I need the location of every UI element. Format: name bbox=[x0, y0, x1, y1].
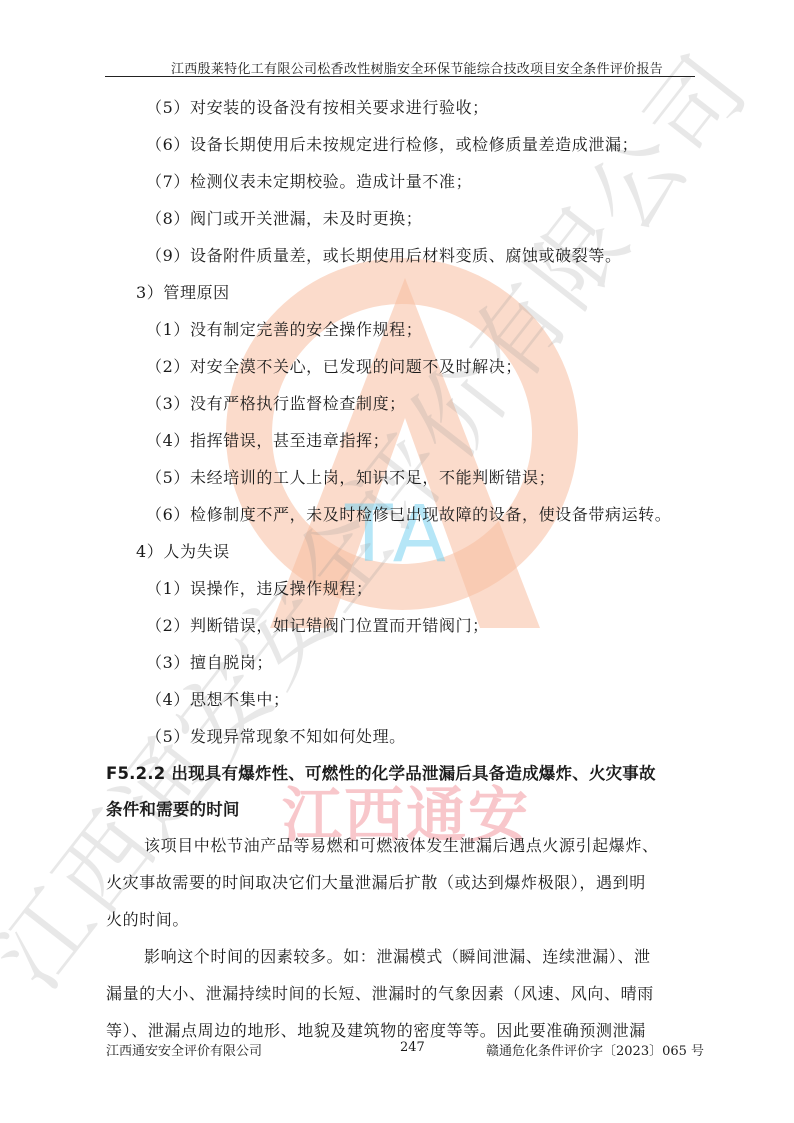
list-item: （6）设备长期使用后未按规定进行检修，或检修质量差造成泄漏； bbox=[146, 135, 638, 155]
list-item: （9）设备附件质量差，或长期使用后材料变质、腐蚀或破裂等。 bbox=[146, 246, 622, 266]
paragraph-line: 影响这个时间的因素较多。如：泄漏模式（瞬间泄漏、连续泄漏）、泄 bbox=[144, 947, 651, 967]
paragraph-line: 该项目中松节油产品等易燃和可燃液体发生泄漏后遇点火源引起爆炸、 bbox=[144, 836, 659, 856]
paragraph-line: 火灾事故需要的时间取决它们大量泄漏后扩散（或达到爆炸极限），遇到明 bbox=[106, 873, 646, 893]
footer-company: 江西通安安全评价有限公司 bbox=[106, 1040, 262, 1059]
header-divider bbox=[105, 76, 695, 77]
paragraph-line: 漏量的大小、泄漏持续时间的长短、泄漏时的气象因素（风速、风向、晴雨 bbox=[106, 984, 654, 1004]
subsection-heading-human-error: 4）人为失误 bbox=[136, 542, 230, 562]
paragraph-line: 火的时间。 bbox=[106, 910, 189, 930]
list-item: （7）检测仪表未定期校验。造成计量不准； bbox=[146, 172, 472, 192]
list-item: （4）指挥错误，甚至违章指挥； bbox=[146, 431, 389, 451]
page-content: 江西殷莱特化工有限公司松香改性树脂安全环保节能综合技改项目安全条件评价报告 （5… bbox=[0, 0, 794, 1123]
page-header-title: 江西殷莱特化工有限公司松香改性树脂安全环保节能综合技改项目安全条件评价报告 bbox=[0, 58, 794, 77]
footer-page-number: 247 bbox=[400, 1040, 425, 1055]
footer-document-number: 赣通危化条件评价字〔2023〕065 号 bbox=[486, 1040, 704, 1059]
list-item: （5）对安装的设备没有按相关要求进行验收； bbox=[146, 98, 489, 118]
list-item: （5）发现异常现象不知如何处理。 bbox=[146, 727, 406, 747]
list-item: （8）阀门或开关泄漏，未及时更换； bbox=[146, 209, 422, 229]
list-item: （6）检修制度不严，未及时检修已出现故障的设备，使设备带病运转。 bbox=[146, 505, 671, 525]
section-heading-line2: 条件和需要的时间 bbox=[106, 800, 240, 820]
subsection-heading-management: 3）管理原因 bbox=[136, 283, 230, 303]
list-item: （4）思想不集中； bbox=[146, 690, 290, 710]
list-item: （3）擅自脱岗； bbox=[146, 653, 273, 673]
list-item: （3）没有严格执行监督检查制度； bbox=[146, 394, 406, 414]
list-item: （1）没有制定完善的安全操作规程； bbox=[146, 320, 422, 340]
document-page: TA 江西通安 江西通安安全评价有限公司 江西殷莱特化工有限公司松香改性树脂安全… bbox=[0, 0, 794, 1123]
paragraph-line: 等）、泄漏点周边的地形、地貌及建筑物的密度等等。因此要准确预测泄漏 bbox=[106, 1021, 646, 1041]
list-item: （2）对安全漠不关心，已发现的问题不及时解决； bbox=[146, 357, 522, 377]
list-item: （1）误操作，违反操作规程； bbox=[146, 579, 373, 599]
list-item: （5）未经培训的工人上岗，知识不足，不能判断错误； bbox=[146, 468, 555, 488]
list-item: （2）判断错误，如记错阀门位置而开错阀门； bbox=[146, 616, 489, 636]
section-heading-line1: F5.2.2 出现具有爆炸性、可燃性的化学品泄漏后具备造成爆炸、火灾事故 bbox=[106, 764, 656, 784]
